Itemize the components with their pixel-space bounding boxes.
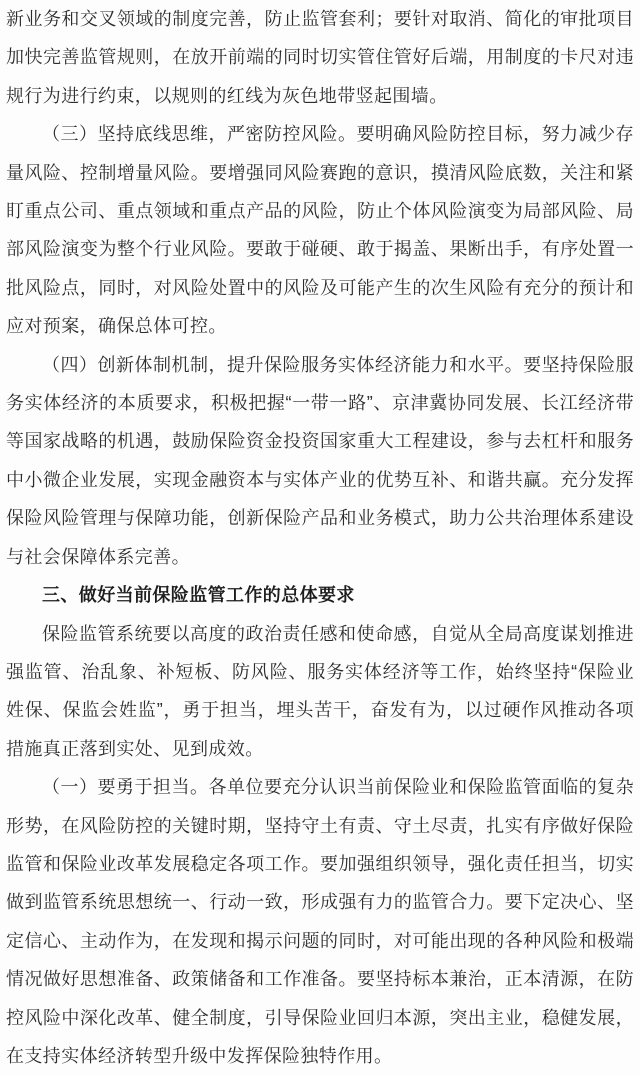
paragraph-point-three: （三）坚持底线思维，严密防控风险。要明确风险防控目标，努力减少存量风险、控制增量…: [6, 115, 634, 345]
paragraph-point-one: （一）要勇于担当。各单位要充分认识当前保险业和保险监管面临的复杂形势，在风险防控…: [6, 768, 634, 1075]
section-heading: 三、做好当前保险监管工作的总体要求: [6, 576, 634, 614]
paragraph-overall-requirements: 保险监管系统要以高度的政治责任感和使命感，自觉从全局高度谋划推进强监管、治乱象、…: [6, 615, 634, 769]
document-page: 新业务和交叉领域的制度完善，防止监管套利；要针对取消、简化的审批项目加快完善监管…: [0, 0, 640, 1076]
paragraph-continuation: 新业务和交叉领域的制度完善，防止监管套利；要针对取消、简化的审批项目加快完善监管…: [6, 0, 634, 115]
paragraph-point-four: （四）创新体制机制，提升保险服务实体经济能力和水平。要坚持保险服务实体经济的本质…: [6, 346, 634, 576]
